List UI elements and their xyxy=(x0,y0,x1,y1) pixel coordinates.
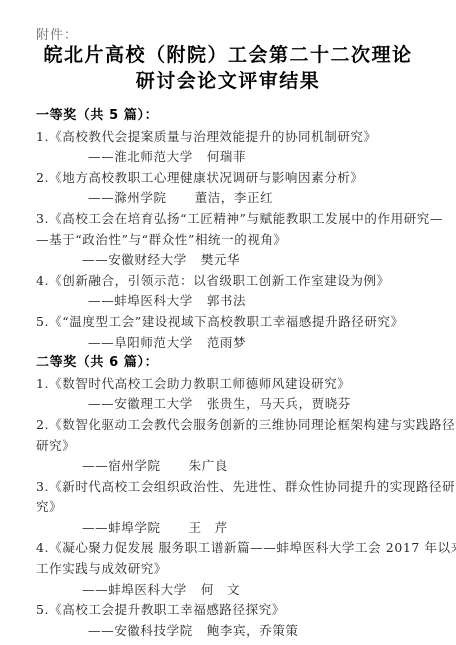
entry-author: ——滁州学院董洁，李正红 xyxy=(36,188,420,209)
document-title-line-1: 皖北片高校（附院）工会第二十二次理论 xyxy=(0,43,456,67)
entry-author: ——淮北师范大学何瑞菲 xyxy=(36,147,420,168)
author-names: 董洁，李正红 xyxy=(195,190,274,205)
entry-title-continued: 工作实践与成效研究》 xyxy=(36,559,420,580)
entry-title: 3.《高校工会在培育弘扬“工匠精神”与赋能教职工发展中的作用研究— xyxy=(36,209,420,230)
entry-author: ——蚌埠学院王 芹 xyxy=(36,518,420,539)
author-names: 樊元华 xyxy=(201,252,240,267)
entry-author: ——安徽科技学院鲍李宾，乔策策 xyxy=(36,621,420,642)
entry-title-continued: —基于“政治性”与“群众性”相统一的视角》 xyxy=(36,230,420,251)
institution: ——安徽理工大学 xyxy=(88,396,193,411)
author-names: 何 文 xyxy=(201,582,240,597)
author-names: 范雨梦 xyxy=(207,335,246,350)
entry-title-continued: 研究》 xyxy=(36,436,420,457)
author-names: 何瑞菲 xyxy=(207,149,246,164)
institution: ——宿州学院 xyxy=(82,458,161,473)
author-names: 鲍李宾，乔策策 xyxy=(207,623,299,638)
document-title-line-2: 研讨会论文评审结果 xyxy=(0,69,456,93)
author-names: 王 芹 xyxy=(189,520,228,535)
entry-title: 1.《数智时代高校工会助力教职工师德师风建设研究》 xyxy=(36,374,420,395)
entry-title: 1.《高校教代会提案质量与治理效能提升的协同机制研究》 xyxy=(36,127,420,148)
entry-author: ——安徽财经大学樊元华 xyxy=(36,250,420,271)
entry-title: 2.《地方高校教职工心理健康状况调研与影响因素分析》 xyxy=(36,168,420,189)
entry-title: 4.《创新融合，引领示范：以省级职工创新工作室建设为例》 xyxy=(36,271,420,292)
entry-title: 4.《凝心聚力促发展 服务职工谱新篇——蚌埠医科大学工会 2017 年以来 xyxy=(36,538,420,559)
institution: ——安徽科技学院 xyxy=(88,623,193,638)
entry-title: 2.《数智化驱动工会教代会服务创新的三维协同理论框架构建与实践路径 xyxy=(36,415,420,436)
entry-author: ——宿州学院朱广良 xyxy=(36,456,420,477)
entry-author: ——蚌埠医科大学何 文 xyxy=(36,580,420,601)
document-page: 附件： 皖北片高校（附院）工会第二十二次理论 研讨会论文评审结果 一等奖（共 5… xyxy=(0,0,456,645)
author-names: 朱广良 xyxy=(189,458,228,473)
first-prize-heading: 一等奖（共 5 篇）： xyxy=(36,106,420,127)
entry-title-continued: 究》 xyxy=(36,497,420,518)
entry-author: ——安徽理工大学张贵生，马天兵，贾晓芬 xyxy=(36,394,420,415)
attachment-label: 附件： xyxy=(36,24,78,43)
author-names: 张贵生，马天兵，贾晓芬 xyxy=(207,396,351,411)
institution: ——淮北师范大学 xyxy=(88,149,193,164)
institution: ——蚌埠医科大学 xyxy=(82,582,187,597)
entry-title: 5.《“温度型工会”建设视域下高校教职工幸福感提升路径研究》 xyxy=(36,312,420,333)
institution: ——蚌埠医科大学 xyxy=(88,293,193,308)
results-list: 一等奖（共 5 篇）： 1.《高校教代会提案质量与治理效能提升的协同机制研究》 … xyxy=(36,106,420,641)
author-names: 郭书法 xyxy=(207,293,246,308)
institution: ——蚌埠学院 xyxy=(82,520,161,535)
entry-author: ——阜阳师范大学范雨梦 xyxy=(36,333,420,354)
entry-author: ——蚌埠医科大学郭书法 xyxy=(36,291,420,312)
institution: ——滁州学院 xyxy=(88,190,167,205)
institution: ——安徽财经大学 xyxy=(82,252,187,267)
entry-title: 3.《新时代高校工会组织政治性、先进性、群众性协同提升的实现路径研 xyxy=(36,477,420,498)
institution: ——阜阳师范大学 xyxy=(88,335,193,350)
entry-title: 5.《高校工会提升教职工幸福感路径探究》 xyxy=(36,600,420,621)
second-prize-heading: 二等奖（共 6 篇）： xyxy=(36,353,420,374)
